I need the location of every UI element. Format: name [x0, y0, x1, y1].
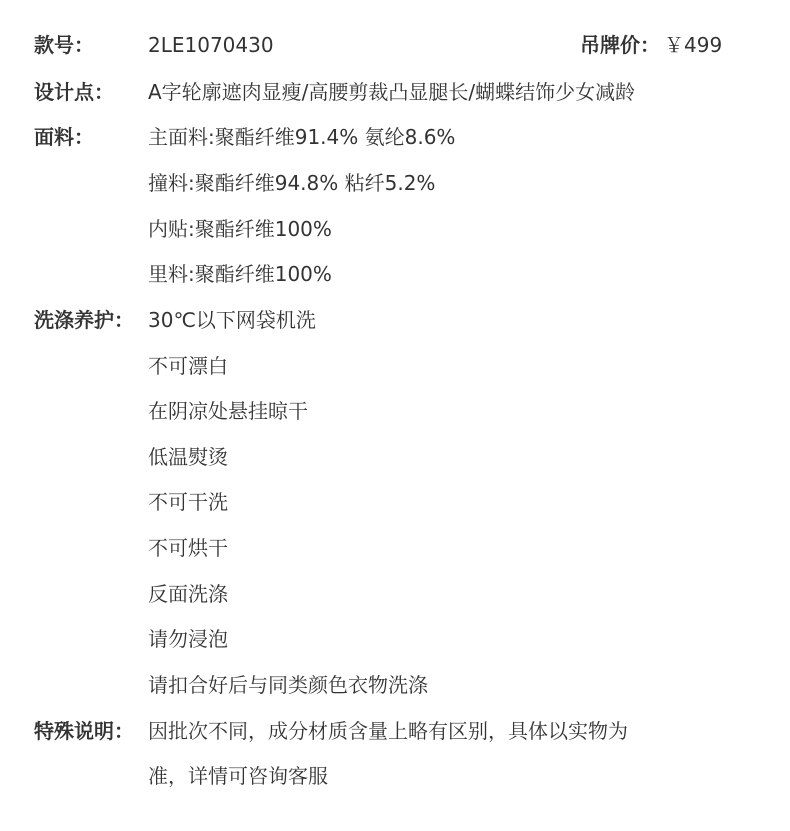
care-row: 低温熨烫: [0, 434, 790, 480]
note-row: 特殊说明： 因批次不同，成分材质含量上略有区别，具体以实物为: [0, 708, 790, 754]
fabric-item: 撞料:聚酯纤维94.8% 粘纤5.2%: [148, 160, 435, 206]
care-row: 在阴凉处悬挂晾干: [0, 388, 790, 434]
style-number-value: 2LE1070430: [148, 22, 274, 68]
care-item: 反面洗涤: [148, 571, 228, 617]
care-item: 不可干洗: [148, 479, 228, 525]
tag-price-value: ￥499: [664, 33, 722, 57]
note-label: 特殊说明：: [34, 708, 134, 754]
fabric-row: 撞料:聚酯纤维94.8% 粘纤5.2%: [0, 160, 790, 206]
design-row: 设计点： A字轮廓遮肉显瘦/高腰剪裁凸显腿长/蝴蝶结饰少女减龄: [0, 69, 790, 115]
design-label: 设计点：: [34, 69, 114, 115]
fabric-row: 内贴:聚酯纤维100%: [0, 206, 790, 252]
care-item: 请扣合好后与同类颜色衣物洗涤: [148, 662, 428, 708]
note-line: 准，详情可咨询客服: [148, 753, 328, 799]
care-item: 不可漂白: [148, 343, 228, 389]
care-item: 在阴凉处悬挂晾干: [148, 388, 308, 434]
care-row: 不可干洗: [0, 479, 790, 525]
tag-price: 吊牌价：￥499: [580, 22, 722, 68]
care-item: 不可烘干: [148, 525, 228, 571]
fabric-item: 主面料:聚酯纤维91.4% 氨纶8.6%: [148, 114, 455, 160]
care-row: 不可烘干: [0, 525, 790, 571]
care-item: 请勿浸泡: [148, 616, 228, 662]
care-row: 请勿浸泡: [0, 616, 790, 662]
note-line: 因批次不同，成分材质含量上略有区别，具体以实物为: [148, 708, 628, 754]
style-number-label: 款号：: [34, 22, 94, 68]
fabric-label: 面料：: [34, 114, 94, 160]
style-number-row: 款号： 2LE1070430 吊牌价：￥499: [0, 22, 790, 68]
care-row: 请扣合好后与同类颜色衣物洗涤: [0, 662, 790, 708]
design-value: A字轮廓遮肉显瘦/高腰剪裁凸显腿长/蝴蝶结饰少女减龄: [148, 69, 635, 115]
fabric-row: 面料： 主面料:聚酯纤维91.4% 氨纶8.6%: [0, 114, 790, 160]
care-row: 不可漂白: [0, 343, 790, 389]
note-row: 准，详情可咨询客服: [0, 753, 790, 799]
care-label: 洗涤养护：: [34, 297, 134, 343]
fabric-item: 里料:聚酯纤维100%: [148, 251, 332, 297]
care-item: 低温熨烫: [148, 434, 228, 480]
fabric-row: 里料:聚酯纤维100%: [0, 251, 790, 297]
care-row: 洗涤养护： 30℃以下网袋机洗: [0, 297, 790, 343]
care-item: 30℃以下网袋机洗: [148, 297, 316, 343]
care-row: 反面洗涤: [0, 571, 790, 617]
fabric-item: 内贴:聚酯纤维100%: [148, 206, 332, 252]
tag-price-label: 吊牌价：: [580, 33, 660, 57]
